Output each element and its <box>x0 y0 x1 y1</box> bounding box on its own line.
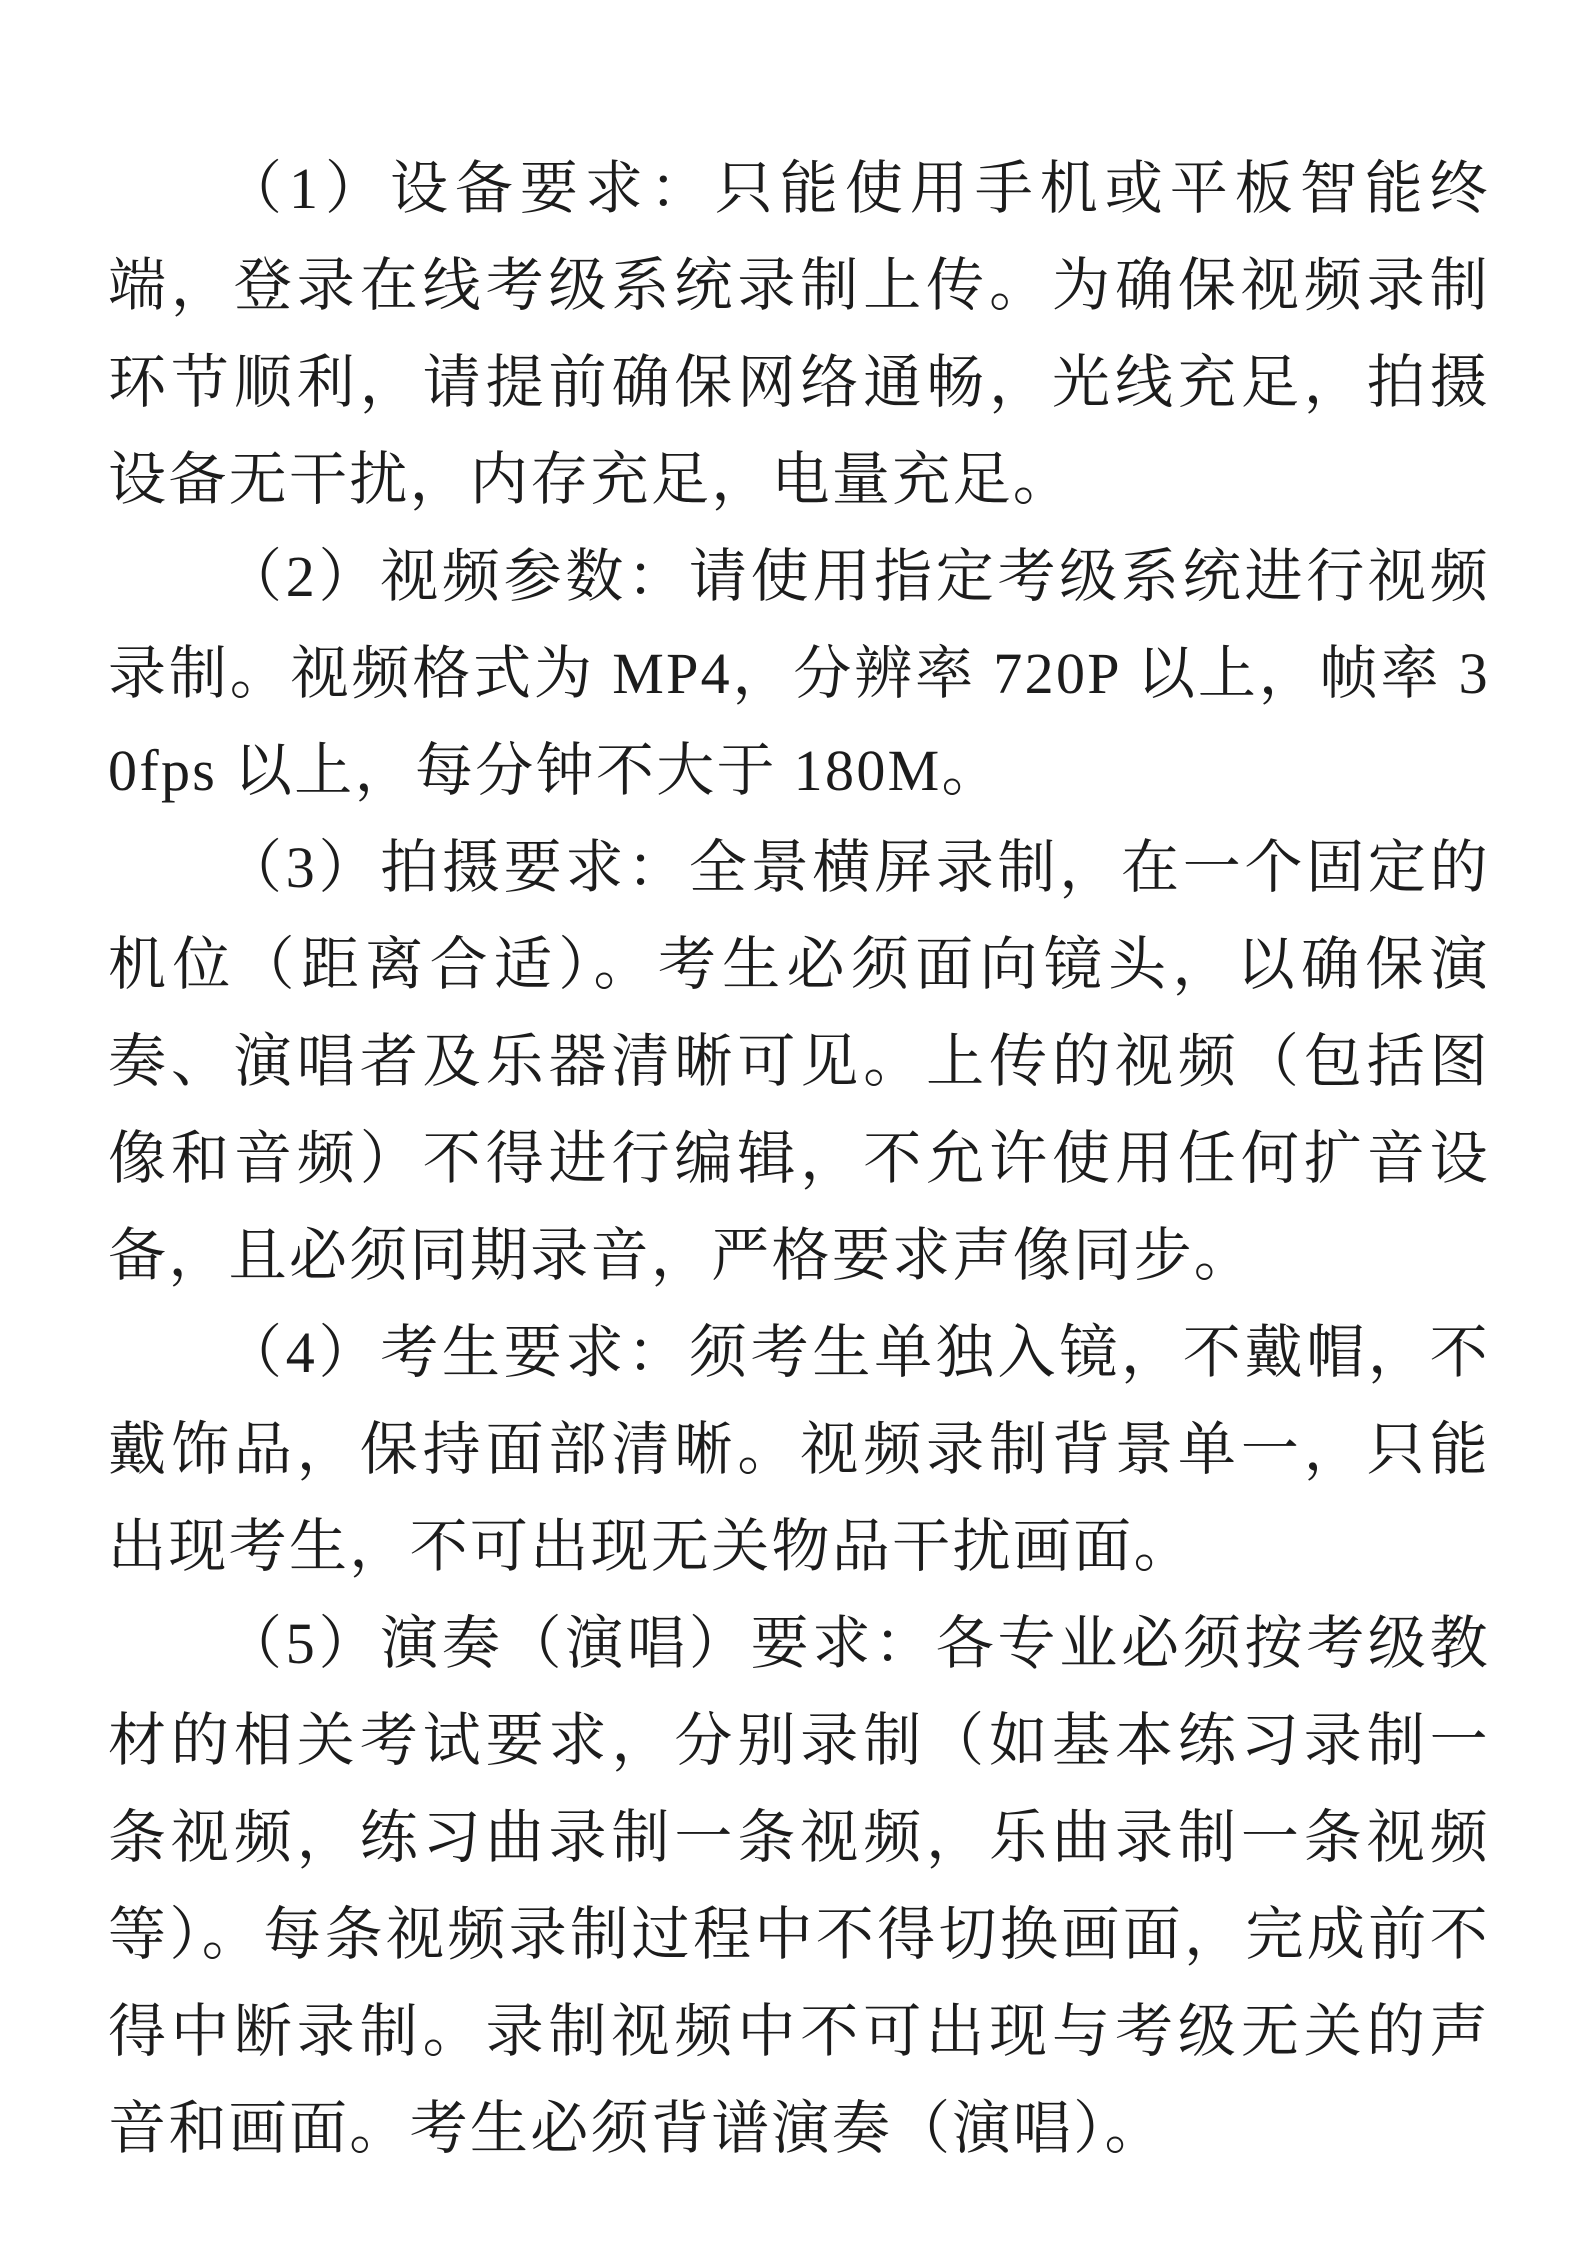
paragraph-shooting-requirements: （3）拍摄要求：全景横屏录制，在一个固定的机位（距离合适）。考生必须面向镜头，以… <box>108 819 1490 1304</box>
paragraph-candidate-requirements: （4）考生要求：须考生单独入镜，不戴帽，不戴饰品，保持面部清晰。视频录制背景单一… <box>108 1304 1490 1595</box>
text-block: （1）设备要求：只能使用手机或平板智能终端，登录在线考级系统录制上传。为确保视频… <box>108 140 1490 2177</box>
paragraph-video-parameters: （2）视频参数：请使用指定考级系统进行视频录制。视频格式为 MP4，分辨率 72… <box>108 528 1490 819</box>
document-page: （1）设备要求：只能使用手机或平板智能终端，登录在线考级系统录制上传。为确保视频… <box>0 0 1587 2245</box>
paragraph-device-requirements: （1）设备要求：只能使用手机或平板智能终端，登录在线考级系统录制上传。为确保视频… <box>108 140 1490 528</box>
paragraph-performance-requirements: （5）演奏（演唱）要求：各专业必须按考级教材的相关考试要求，分别录制（如基本练习… <box>108 1595 1490 2177</box>
